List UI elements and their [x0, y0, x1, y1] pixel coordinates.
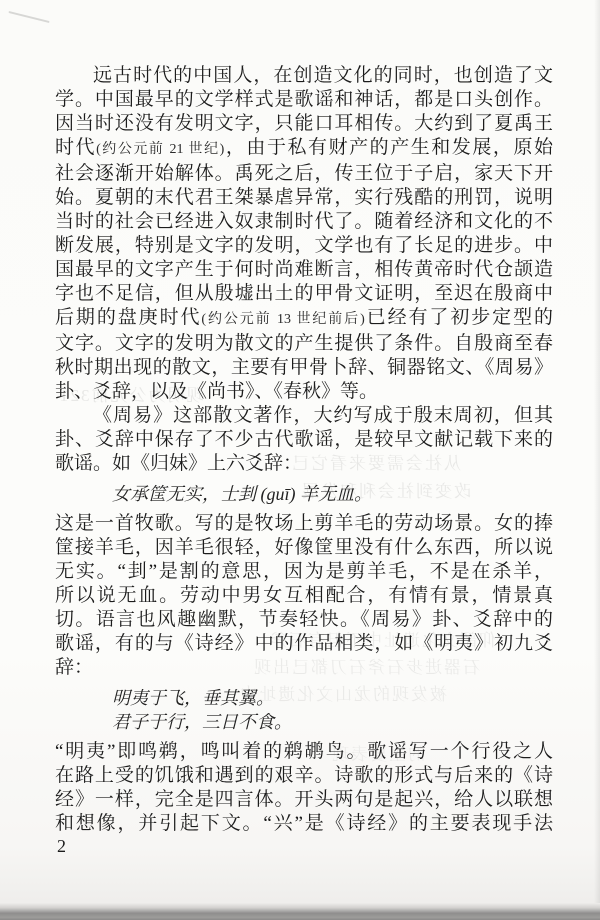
verse-quote-1: 女承筐无实，士刲 (guī) 羊无血。: [55, 482, 553, 506]
verse-quote-2: 明夷于飞，垂其翼。 君子于行，三日不食。: [55, 686, 553, 734]
text-line: 卦、爻辞，以及《尚书》、《春秋》等。: [55, 380, 553, 404]
verse-line: 女承筐无实，士刲 (guī) 羊无血。: [55, 482, 553, 506]
text-line: 学。中国最早的文学样式是歌谣和神话，都是口头创作。: [55, 88, 553, 112]
text-line: 文字。文字的发明为散文的产生提供了条件。自殷商至春: [55, 332, 553, 356]
date-annotation: (约公元前 21 世纪): [96, 142, 224, 157]
text-segment: ，由于私有财产的产生和发展，原始: [224, 137, 553, 158]
scanned-book-page: 现明为公元前321 从社会需要来看它已 改变到社会利和发展 仰韶文化遗址中不但有…: [0, 0, 600, 920]
text-segment: 时代: [55, 137, 96, 158]
text-line: 社会逐渐开始解体。禹死之后，传王位于子启，家天下开: [55, 162, 553, 186]
paragraph-2: 《周易》这部散文著作，大约写成于殷末周初，但其 卦、爻辞中保存了不少古代歌谣，是…: [55, 404, 553, 476]
text-segment: 已经有了初步定型的: [365, 307, 553, 328]
text-line: 断发展，特别是文字的发明，文学也有了长足的进步。中: [55, 234, 553, 258]
text-line: 卦、爻辞中保存了不少古代歌谣，是较早文献记载下来的: [55, 428, 553, 452]
text-line: 秋时期出现的散文，主要有甲骨卜辞、铜器铭文、《周易》: [55, 356, 553, 380]
text-line: 后期的盘庚时代(约公元前 13 世纪前后)已经有了初步定型的: [55, 306, 553, 332]
text-line: 无实。“刲”是割的意思，因为是剪羊毛，不是在杀羊，: [55, 560, 553, 584]
text-line: 切。语言也风趣幽默，节奏轻快。《周易》卦、爻辞中的: [55, 608, 553, 632]
date-annotation: (约公元前 13 世纪前后): [201, 312, 364, 327]
text-line: 始。夏朝的末代君王桀暴虐异常，实行残酷的刑罚，说明: [55, 186, 553, 210]
text-line: 因当时还没有发明文字，只能口耳相传。大约到了夏禹王: [55, 112, 553, 136]
paragraph-1: 远古时代的中国人，在创造文化的同时，也创造了文 学。中国最早的文学样式是歌谣和神…: [55, 64, 553, 404]
text-line: 所以说无血。劳动中男女互相配合，有情有景，情景真: [55, 584, 553, 608]
text-line: 这是一首牧歌。写的是牧场上剪羊毛的劳动场景。女的捧: [55, 512, 553, 536]
text-line: “明夷”即鸣鹈，鸣叫着的鹈鹕鸟。歌谣写一个行役之人: [55, 740, 553, 764]
paragraph-4: “明夷”即鸣鹈，鸣叫着的鹈鹕鸟。歌谣写一个行役之人 在路上受的饥饿和遇到的艰辛。…: [55, 740, 553, 836]
text-segment: 后期的盘庚时代: [55, 307, 201, 328]
text-line: 《周易》这部散文著作，大约写成于殷末周初，但其: [55, 404, 553, 428]
text-line: 远古时代的中国人，在创造文化的同时，也创造了文: [55, 64, 553, 88]
text-line: 在路上受的饥饿和遇到的艰辛。诗歌的形式与后来的《诗: [55, 764, 553, 788]
scan-edge-bar: [0, 903, 600, 920]
text-line: 字也不足信，但从殷墟出土的甲骨文证明，至迟在殷商中: [55, 282, 553, 306]
text-line: 经》一样，完全是四言体。开头两句是起兴，给人以联想: [55, 788, 553, 812]
verse-line: 明夷于飞，垂其翼。: [55, 686, 553, 710]
text-line: 时代(约公元前 21 世纪)，由于私有财产的产生和发展，原始: [55, 136, 553, 162]
scan-scratch-mark: [8, 11, 49, 23]
text-line: 当时的社会已经进入奴隶制时代了。随着经济和文化的不: [55, 210, 553, 234]
text-line: 辞：: [55, 656, 553, 680]
text-line: 和想像，并引起下文。“兴”是《诗经》的主要表现手法: [55, 812, 553, 836]
text-line: 歌谣。如《归妹》上六爻辞：: [55, 452, 553, 476]
page-right-edge-shadow: [594, 0, 600, 920]
text-line: 筐接羊毛，因羊毛很轻，好像筐里没有什么东西，所以说: [55, 536, 553, 560]
page-number: 2: [57, 836, 66, 857]
paragraph-3: 这是一首牧歌。写的是牧场上剪羊毛的劳动场景。女的捧 筐接羊毛，因羊毛很轻，好像筐…: [55, 512, 553, 680]
verse-line: 君子于行，三日不食。: [55, 710, 553, 734]
text-line: 国最早的文字产生于何时尚难断言，相传黄帝时代仓颉造: [55, 258, 553, 282]
text-line: 歌谣，有的与《诗经》中的作品相类，如《明夷》初九爻: [55, 632, 553, 656]
text-column: 远古时代的中国人，在创造文化的同时，也创造了文 学。中国最早的文学样式是歌谣和神…: [55, 64, 553, 836]
